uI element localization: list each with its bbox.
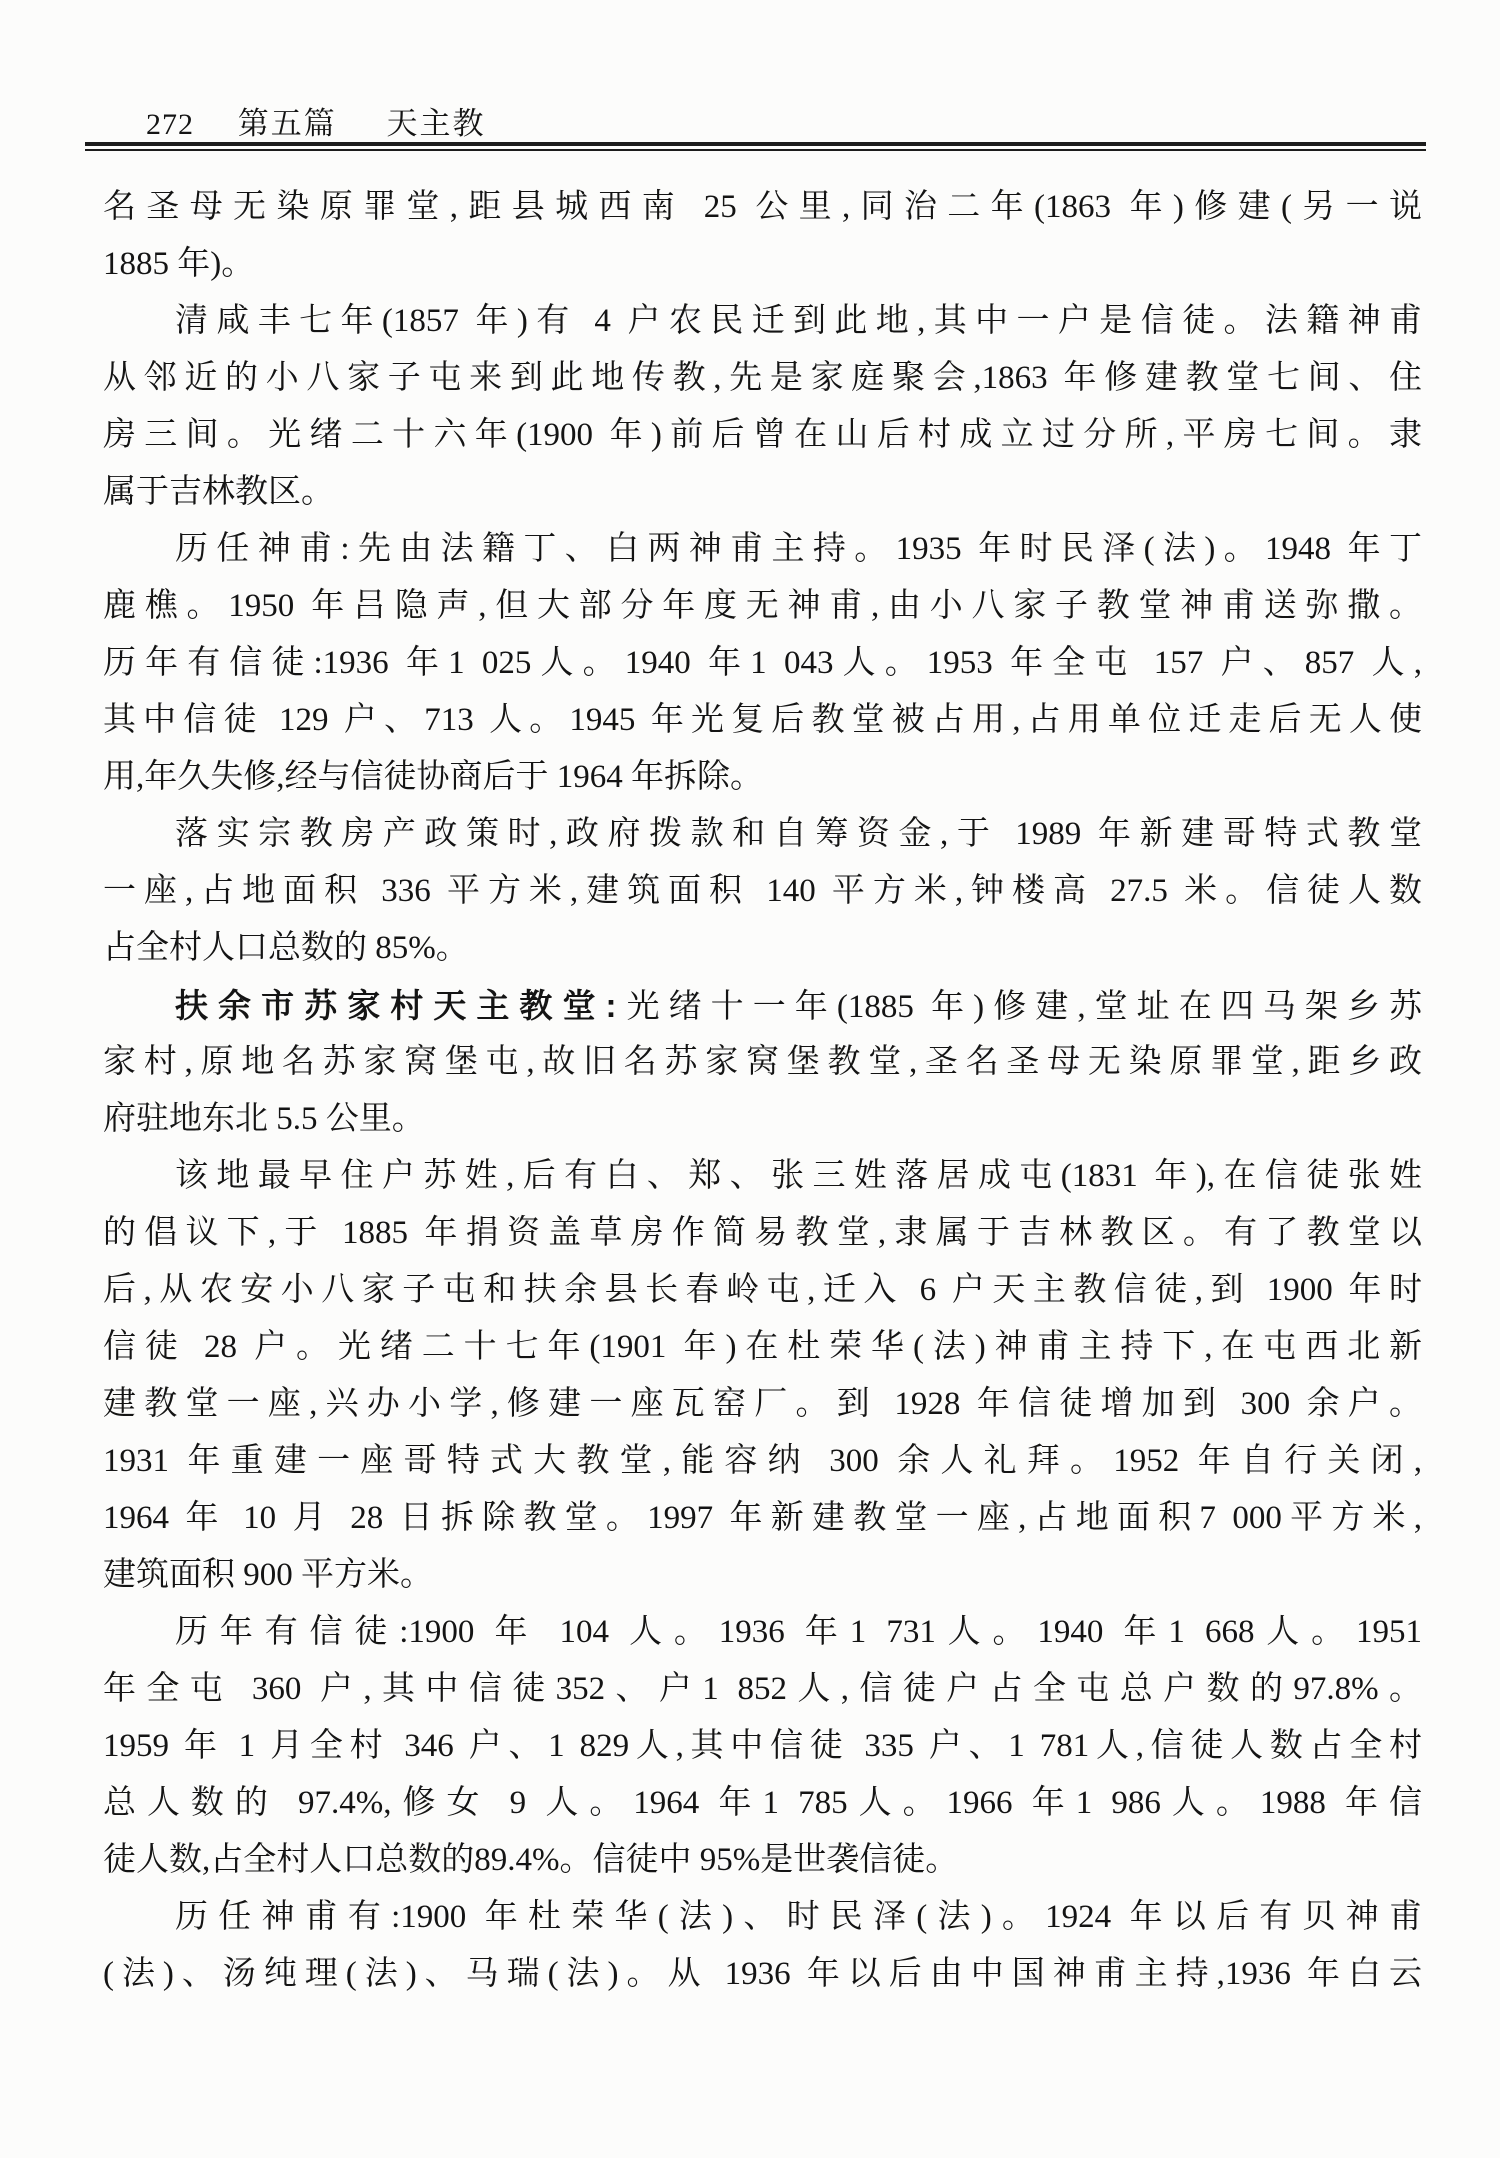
text-line: 家村,原地名苏家窝堡屯,故旧名苏家窝堡教堂,圣名圣母无染原罪堂,距乡政 [103,1034,1422,1091]
text-line: 的倡议下,于 1885 年捐资盖草房作简易教堂,隶属于吉林教区。有了教堂以 [103,1205,1422,1262]
text-line: 占全村人口总数的 85%。 [103,920,1422,977]
text-line: 清咸丰七年(1857 年)有 4 户农民迁到此地,其中一户是信徒。法籍神甫 [103,293,1422,350]
text-line: 房三间。光绪二十六年(1900 年)前后曾在山后村成立过分所,平房七间。隶 [103,407,1422,464]
text-line: 历年有信徒:1900 年 104 人。1936 年1 731人。1940 年1 … [103,1604,1422,1661]
text-line: 徒人数,占全村人口总数的89.4%。信徒中 95%是世袭信徒。 [103,1832,1422,1889]
chapter-title: 天主教 [387,106,486,141]
text-line: 其中信徒 129 户、713 人。1945 年光复后教堂被占用,占用单位迁走后无… [103,692,1422,749]
text-line: 属于吉林教区。 [103,464,1422,521]
text-line: 历任神甫有:1900 年杜荣华(法)、时民泽(法)。1924 年以后有贝神甫 [103,1889,1422,1946]
entry-title: 扶余市苏家村天主教堂: [175,987,618,1024]
section-title: 第五篇 [238,106,337,141]
text-line: 总人数的 97.4%,修女 9 人。1964 年1 785人。1966 年1 9… [103,1775,1422,1832]
page-number: 272 [146,108,194,141]
header-rule [85,142,1426,151]
text-line: 府驻地东北 5.5 公里。 [103,1091,1422,1148]
text-line: (法)、汤纯理(法)、马瑞(法)。从 1936 年以后由中国神甫主持,1936 … [103,1946,1422,2003]
book-page: 272 第五篇 天主教 名圣母无染原罪堂,距县城西南 25 公里,同治二年(18… [0,0,1500,2158]
text-line: 建教堂一座,兴办小学,修建一座瓦窑厂。到 1928 年信徒增加到 300 余户。 [103,1376,1422,1433]
text-line: 一座,占地面积 336 平方米,建筑面积 140 平方米,钟楼高 27.5 米。… [103,863,1422,920]
text-line: 名圣母无染原罪堂,距县城西南 25 公里,同治二年(1863 年)修建(另一说 [103,179,1422,236]
text-line: 1959 年 1 月全村 346 户、1 829人,其中信徒 335 户、1 7… [103,1718,1422,1775]
text-line: 1931 年重建一座哥特式大教堂,能容纳 300 余人礼拜。1952 年自行关闭… [103,1433,1422,1490]
text-line: 扶余市苏家村天主教堂:光绪十一年(1885 年)修建,堂址在四马架乡苏 [103,977,1422,1034]
body-text: 名圣母无染原罪堂,距县城西南 25 公里,同治二年(1863 年)修建(另一说 … [103,179,1422,2003]
text-line: 年全屯 360 户,其中信徒352、户1 852人,信徒户占全屯总户数的97.8… [103,1661,1422,1718]
text-line: 建筑面积 900 平方米。 [103,1547,1422,1604]
page-header: 272 第五篇 天主教 [146,98,486,143]
text-line: 从邻近的小八家子屯来到此地传教,先是家庭聚会,1863 年修建教堂七间、住 [103,350,1422,407]
text-line: 历任神甫:先由法籍丁、白两神甫主持。1935 年时民泽(法)。1948 年丁 [103,521,1422,578]
text-line: 1885 年)。 [103,236,1422,293]
text-line: 该地最早住户苏姓,后有白、郑、张三姓落居成屯(1831 年),在信徒张姓 [103,1148,1422,1205]
text-line: 落实宗教房产政策时,政府拨款和自筹资金,于 1989 年新建哥特式教堂 [103,806,1422,863]
text-line: 历年有信徒:1936 年1 025人。1940 年1 043人。1953 年全屯… [103,635,1422,692]
text-line: 信徒 28 户。光绪二十七年(1901 年)在杜荣华(法)神甫主持下,在屯西北新 [103,1319,1422,1376]
entry-title-rest: 光绪十一年(1885 年)修建,堂址在四马架乡苏 [618,989,1422,1025]
text-line: 用,年久失修,经与信徒协商后于 1964 年拆除。 [103,749,1422,806]
text-line: 1964 年 10 月 28 日拆除教堂。1997 年新建教堂一座,占地面积7 … [103,1490,1422,1547]
text-line: 后,从农安小八家子屯和扶余县长春岭屯,迁入 6 户天主教信徒,到 1900 年时 [103,1262,1422,1319]
text-line: 鹿樵。1950 年吕隐声,但大部分年度无神甫,由小八家子教堂神甫送弥撒。 [103,578,1422,635]
